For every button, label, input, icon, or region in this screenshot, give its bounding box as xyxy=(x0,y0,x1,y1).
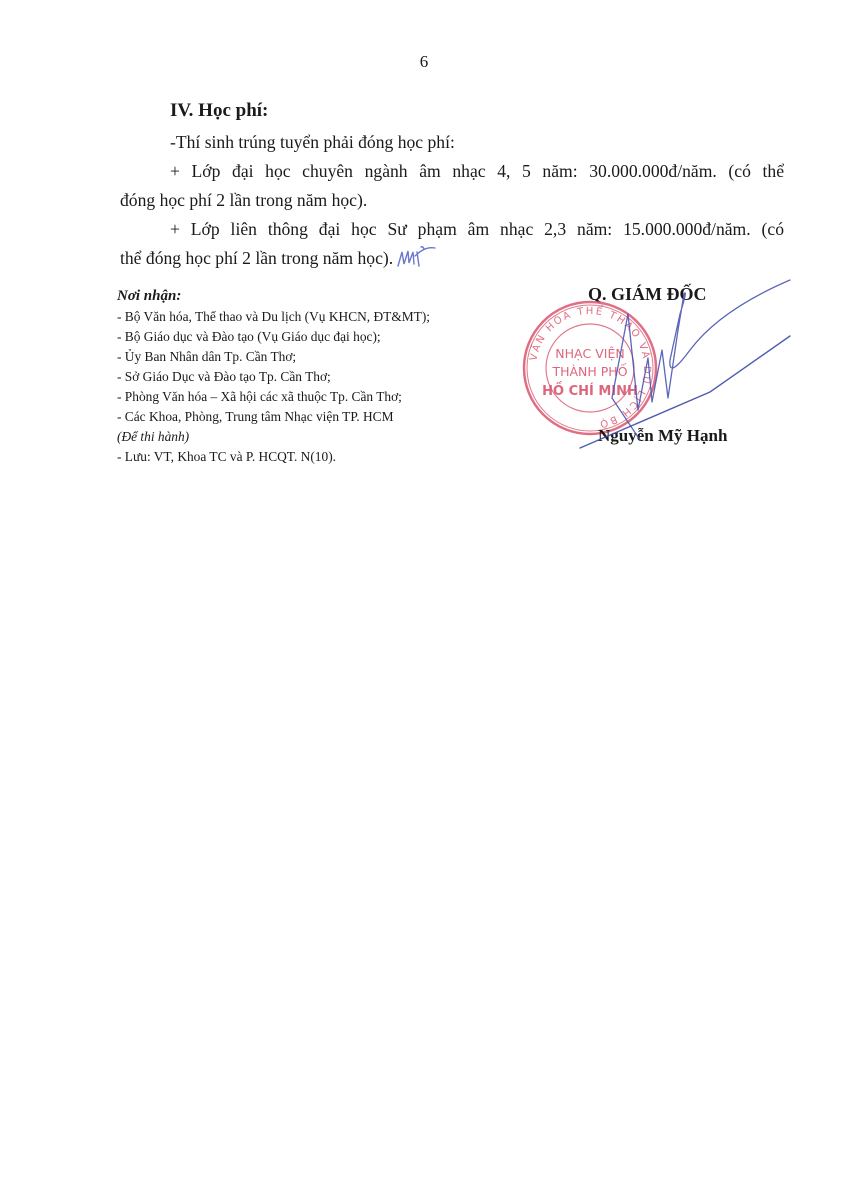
tuition-item-1-line-2: đóng học phí 2 lần trong năm học). xyxy=(120,190,367,210)
recipients-list: Nơi nhận: - Bộ Văn hóa, Thể thao và Du l… xyxy=(117,286,430,467)
tuition-intro: -Thí sinh trúng tuyển phải đóng học phí: xyxy=(120,128,784,157)
recipients-note: (Để thi hành) xyxy=(117,427,430,447)
recipients-title: Nơi nhận: xyxy=(117,286,430,306)
tuition-item-2-line-1: + Lớp liên thông đại học Sư phạm âm nhạc… xyxy=(120,215,784,244)
recipient-item: - Các Khoa, Phòng, Trung tâm Nhạc viện T… xyxy=(117,407,430,427)
tuition-item-1: + Lớp đại học chuyên ngành âm nhạc 4, 5 … xyxy=(120,157,784,215)
signature-block: Q. GIÁM ĐỐC VĂN HÓA THỂ THAO VÀ DU LỊCH … xyxy=(520,270,820,470)
page-number: 6 xyxy=(0,52,848,72)
tuition-item-1-line-1: + Lớp đại học chuyên ngành âm nhạc 4, 5 … xyxy=(120,157,784,186)
tuition-item-2-line-2: thể đóng học phí 2 lần trong năm học). xyxy=(120,248,393,268)
recipient-item: - Ủy Ban Nhân dân Tp. Cần Thơ; xyxy=(117,347,430,367)
recipient-item: - Bộ Văn hóa, Thể thao và Du lịch (Vụ KH… xyxy=(117,307,430,327)
handwritten-signature-icon xyxy=(520,270,820,470)
recipient-item: - Phòng Văn hóa – Xã hội các xã thuộc Tp… xyxy=(117,387,430,407)
recipient-item: - Bộ Giáo dục và Đào tạo (Vụ Giáo dục đạ… xyxy=(117,327,430,347)
section-heading: IV. Học phí: xyxy=(170,100,268,122)
recipients-archive: - Lưu: VT, Khoa TC và P. HCQT. N(10). xyxy=(117,447,430,467)
recipient-item: - Sở Giáo Dục và Đào tạo Tp. Cần Thơ; xyxy=(117,367,430,387)
initials-icon xyxy=(395,244,441,279)
tuition-intro-text: -Thí sinh trúng tuyển phải đóng học phí: xyxy=(170,132,455,152)
